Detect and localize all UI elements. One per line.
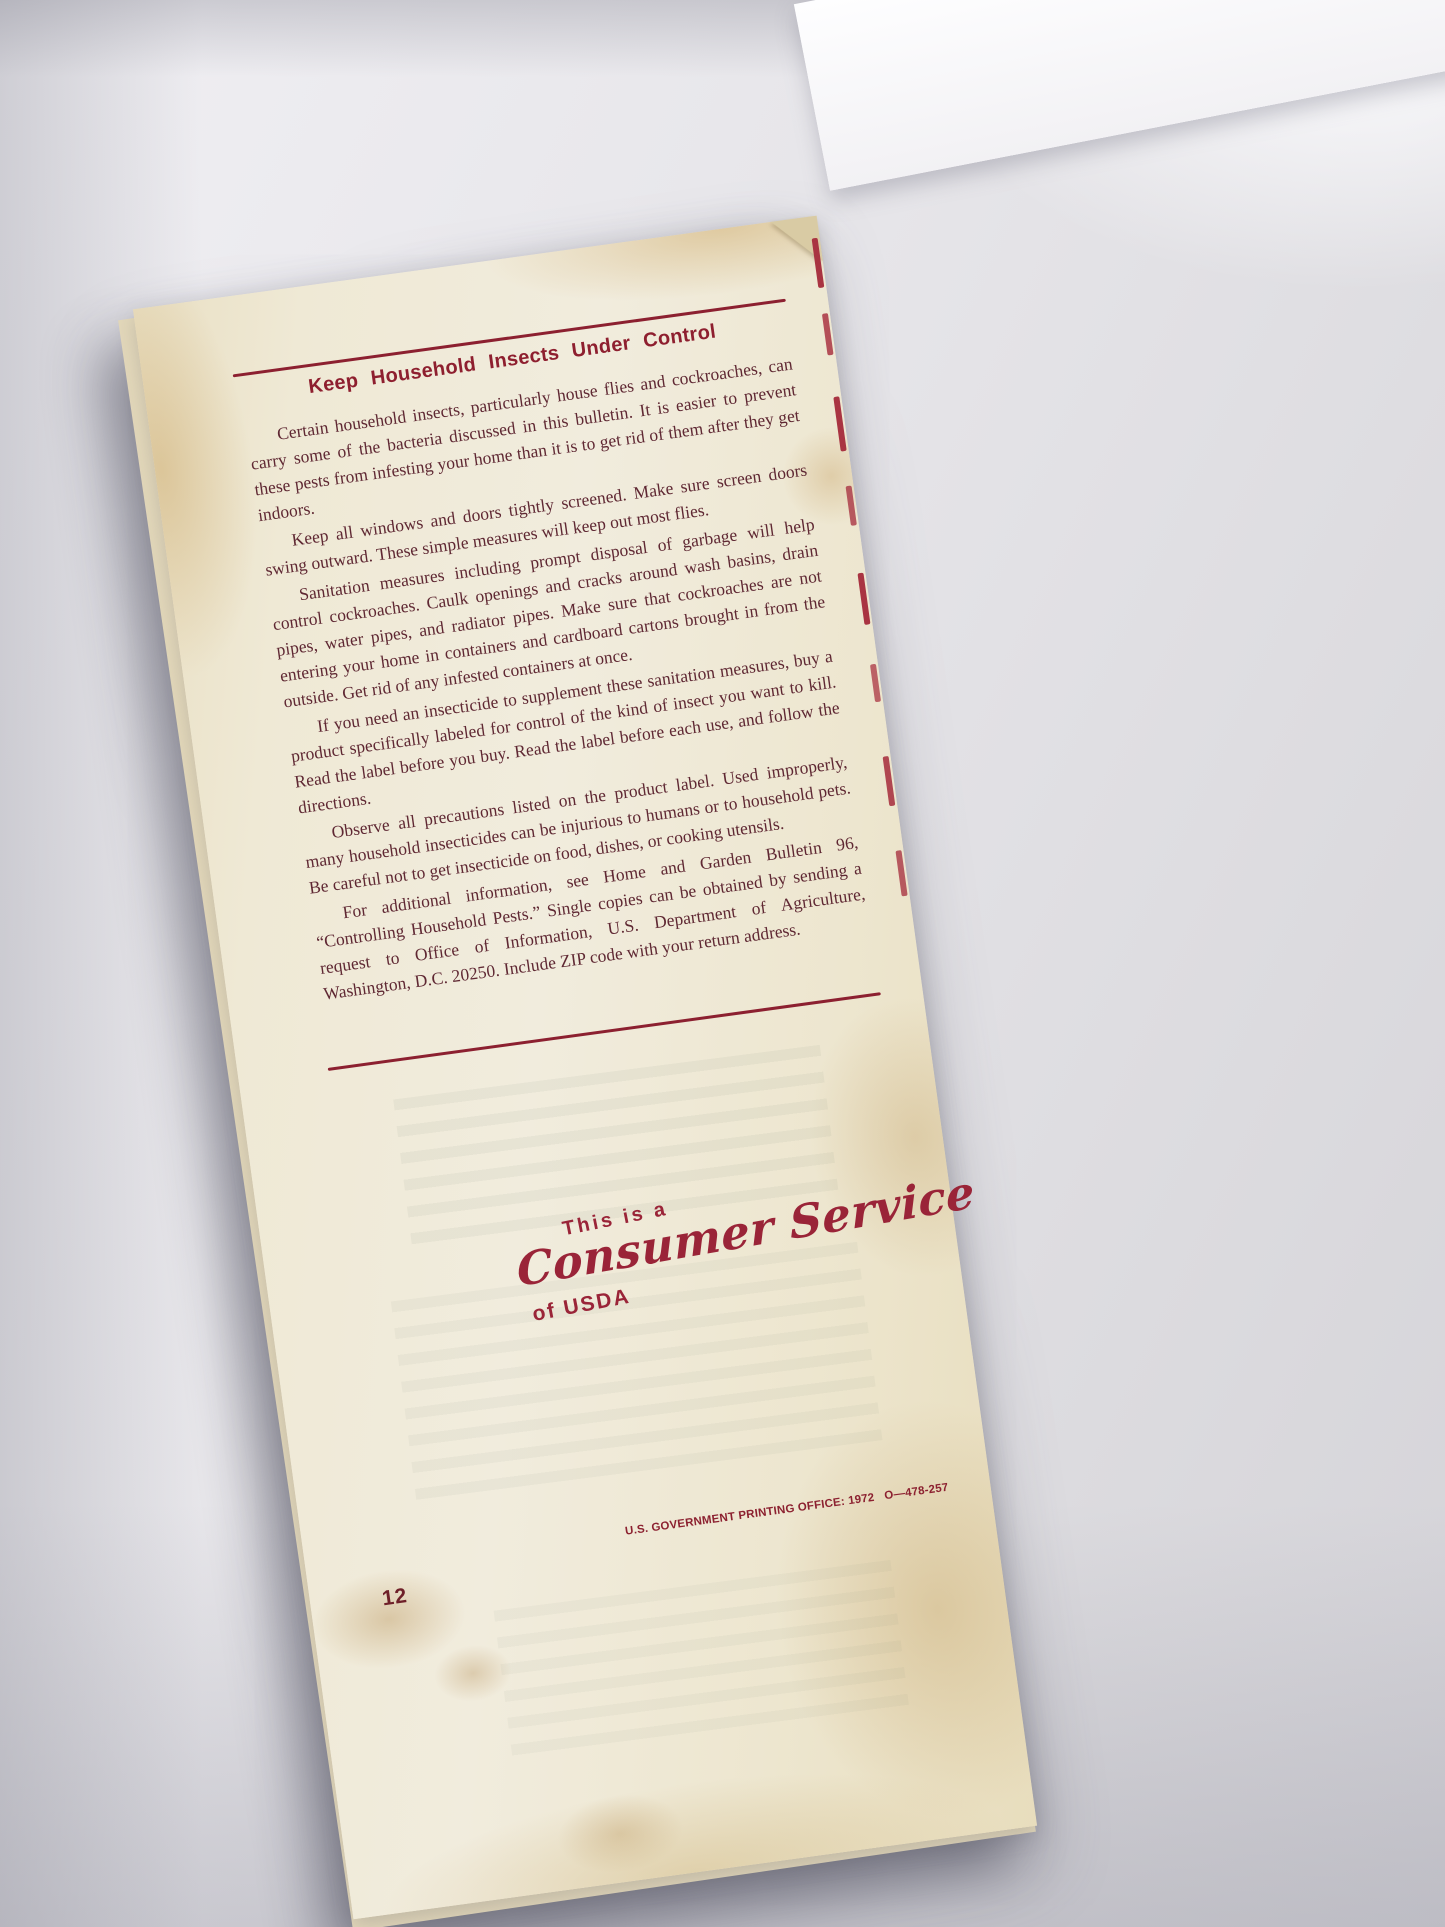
booklet-back-page: Keep Household Insects Under Control Cer…	[133, 216, 1037, 1920]
red-edge-mark	[870, 664, 881, 702]
red-edge-mark	[846, 485, 857, 525]
printing-office-line: U.S. GOVERNMENT PRINTING OFFICE: 1972 O—…	[624, 1482, 949, 1538]
red-edge-mark	[822, 313, 834, 355]
red-edge-mark	[895, 850, 907, 896]
bleed-through-ghost	[494, 1560, 911, 1770]
consumer-service-mark: This is a Consumer Service of USDA	[509, 1144, 984, 1325]
red-edge-mark	[833, 396, 846, 451]
bottom-rule	[328, 992, 881, 1071]
photo-scene: Keep Household Insects Under Control Cer…	[0, 0, 1445, 1927]
body-text: Certain household insects, particularly …	[246, 350, 871, 1009]
red-edge-mark	[883, 756, 896, 806]
red-edge-mark	[812, 238, 825, 288]
background-surface-fold	[794, 0, 1445, 191]
page-number: 12	[381, 1584, 409, 1611]
red-edge-mark	[857, 573, 870, 625]
